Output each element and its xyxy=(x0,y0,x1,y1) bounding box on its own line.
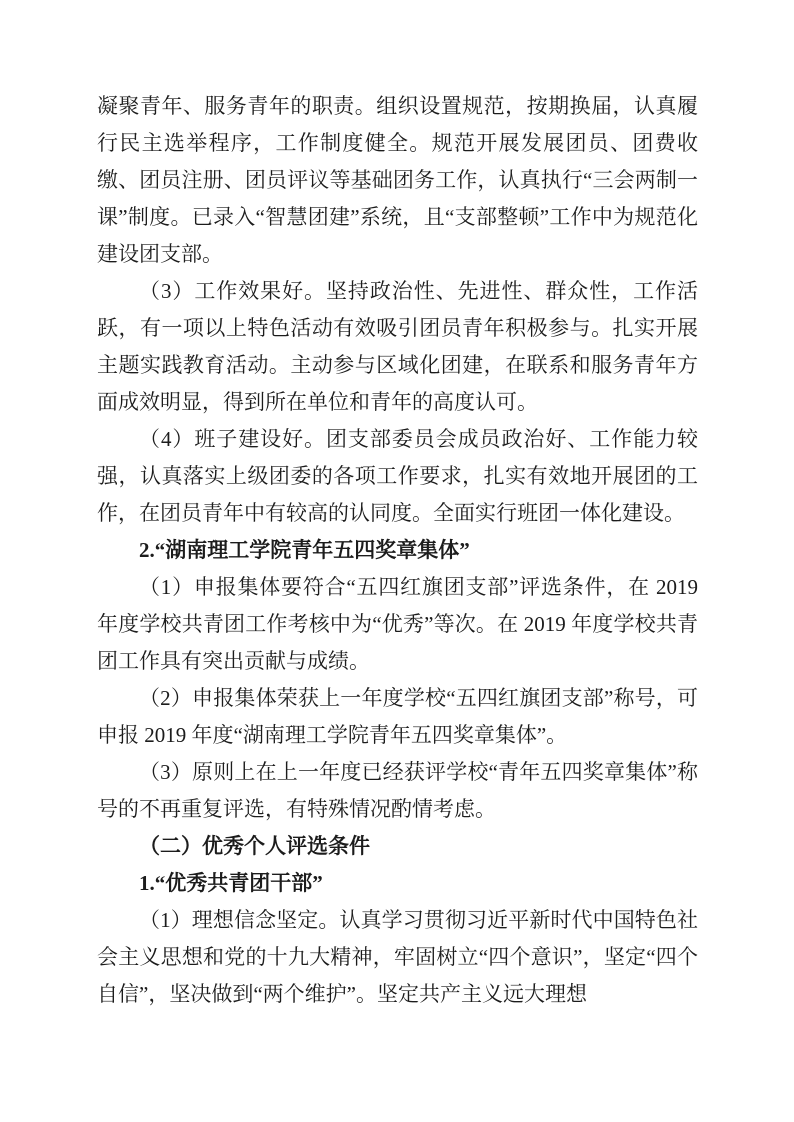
paragraph-individual-condition-1: （1）理想信念坚定。认真学习贯彻习近平新时代中国特色社会主义思想和党的十九大精神… xyxy=(97,902,698,1013)
paragraph-item-4-team-building: （4）班子建设好。团支部委员会成员政治好、工作能力较强，认真落实上级团委的各项工… xyxy=(97,421,698,532)
document-page: 凝聚青年、服务青年的职责。组织设置规范，按期换届，认真履行民主选举程序，工作制度… xyxy=(0,0,794,1122)
paragraph-collective-condition-2: （2）申报集体荣获上一年度学校“五四红旗团支部”称号，可申报 2019 年度“湖… xyxy=(97,680,698,754)
paragraph-collective-condition-1: （1）申报集体要符合“五四红旗团支部”评选条件，在 2019 年度学校共青团工作… xyxy=(97,569,698,680)
heading-youth-may-fourth-medal-collective: 2.“湖南理工学院青年五四奖章集体” xyxy=(97,532,698,569)
paragraph-item-3-work-effect: （3）工作效果好。坚持政治性、先进性、群众性，工作活跃，有一项以上特色活动有效吸… xyxy=(97,273,698,421)
document-text-block: 凝聚青年、服务青年的职责。组织设置规范，按期换届，认真履行民主选举程序，工作制度… xyxy=(97,88,698,1013)
heading-outstanding-individual-criteria: （二）优秀个人评选条件 xyxy=(97,828,698,865)
heading-outstanding-league-cadre: 1.“优秀共青团干部” xyxy=(97,865,698,902)
paragraph-continuation: 凝聚青年、服务青年的职责。组织设置规范，按期换届，认真履行民主选举程序，工作制度… xyxy=(97,88,698,273)
paragraph-collective-condition-3: （3）原则上在上一年度已经获评学校“青年五四奖章集体”称号的不再重复评选，有特殊… xyxy=(97,754,698,828)
